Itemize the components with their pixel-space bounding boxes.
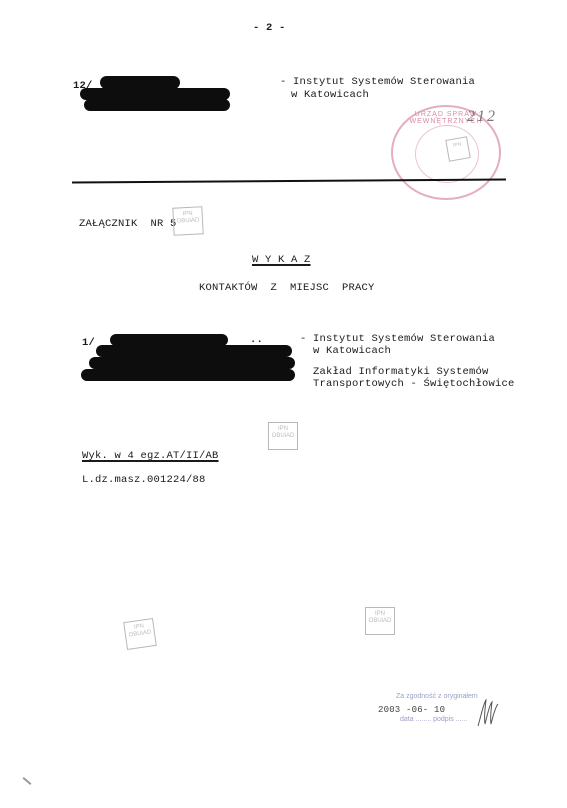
archive-number: 212: [467, 108, 497, 126]
institution-name: - Instytut Systemów Sterowania: [280, 76, 475, 89]
signature-icon: [476, 698, 500, 728]
copies-note: Wyk. w 4 egz.AT/II/AB: [82, 450, 219, 463]
document-subtitle: KONTAKTÓW Z MIEJSC PRACY: [199, 282, 375, 295]
stamp-text: OBUiAD: [366, 618, 394, 625]
attachment-label: ZAŁĄCZNIK NR 5: [79, 218, 177, 231]
redaction-bar: [89, 357, 295, 369]
redaction-bar: [96, 345, 292, 357]
stamp-text: IPN: [269, 426, 297, 433]
reference-number: L.dz.masz.001224/88: [82, 474, 206, 487]
department-location: Transportowych - Świętochłowice: [313, 378, 515, 391]
document-title: W Y K A Z: [252, 254, 311, 267]
ipn-stamp: IPN OBUiAD: [172, 206, 203, 236]
stamp-text: OBUiAD: [174, 217, 202, 225]
redaction-bar: [81, 369, 295, 381]
redaction-bar: [84, 99, 230, 111]
certification-signature-line: data ........ podpis ......: [400, 716, 467, 723]
entry-index: 1/: [82, 337, 95, 350]
ipn-stamp: IPN: [445, 136, 470, 161]
stamp-text: IPN: [366, 611, 394, 618]
stamp-text: IPN: [447, 140, 468, 150]
institution-city: w Katowicach: [291, 89, 369, 102]
ipn-stamp: IPN OBUiAD: [123, 618, 157, 650]
ipn-stamp: IPN OBUiAD: [365, 607, 395, 635]
stamp-text: OBUiAD: [269, 433, 297, 440]
institution-city: w Katowicach: [313, 345, 391, 358]
ipn-stamp: IPN OBUiAD: [268, 422, 298, 450]
page-number: - 2 -: [253, 22, 286, 35]
pen-mark: [23, 777, 32, 785]
certification-text: Za zgodność z oryginałem: [396, 693, 478, 700]
